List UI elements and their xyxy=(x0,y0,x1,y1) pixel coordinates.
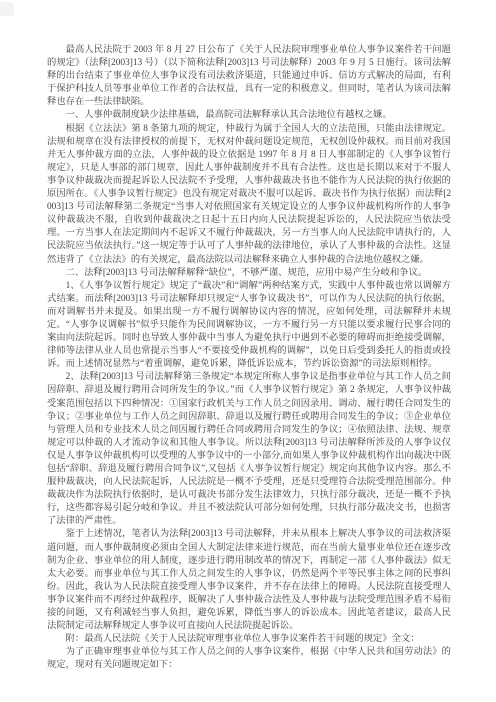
paragraph-attachment-preamble: 为了正确审理事业单位与其工作人员之间的人事争议案件，根据《中华人民共和国劳动法》… xyxy=(47,646,451,672)
paragraph-section-2-item-2: 2、法释[2003]13 号司法解释第三条规定“本规定所称人事争议是指事业单位与… xyxy=(47,371,451,528)
paragraph-attachment-title: 附：最高人民法院《关于人民法院审理事业单位人事争议案件若干问题的规定》全文： xyxy=(47,633,451,646)
paragraph-heading-2: 二、法释[2003]13 号司法解释解释“缺位”，不够严谨、规范，应用中易产生分… xyxy=(47,267,451,280)
paragraph-section-2-item-1: 1、《人事争议暂行规定》规定了“裁决”和“调解”两种结案方式，实践中人事仲裁也常… xyxy=(47,280,451,372)
paragraph-intro: 最高人民法院于 2003 年 8 月 27 日公布了《关于人民法院审理事业单位人… xyxy=(47,44,451,109)
document-body: 最高人民法院于 2003 年 8 月 27 日公布了《关于人民法院审理事业单位人… xyxy=(47,44,451,673)
paragraph-heading-1: 一、人事仲裁制度缺少法律基础，最高院司法解释承认其合法地位有越权之嫌。 xyxy=(47,109,451,122)
scan-artifact xyxy=(0,2,14,16)
document-page: 最高人民法院于 2003 年 8 月 27 日公布了《关于人民法院审理事业单位人… xyxy=(0,0,496,702)
paragraph-conclusion: 鉴于上述情况，笔者认为法释[2003]13 号司法解释，并未从根本上解决人事争议… xyxy=(47,528,451,633)
paragraph-section-1-body: 根据《立法法》第 8 条第九项的规定，仲裁行为属于全国人大的立法范围，只能由法律… xyxy=(47,123,451,267)
